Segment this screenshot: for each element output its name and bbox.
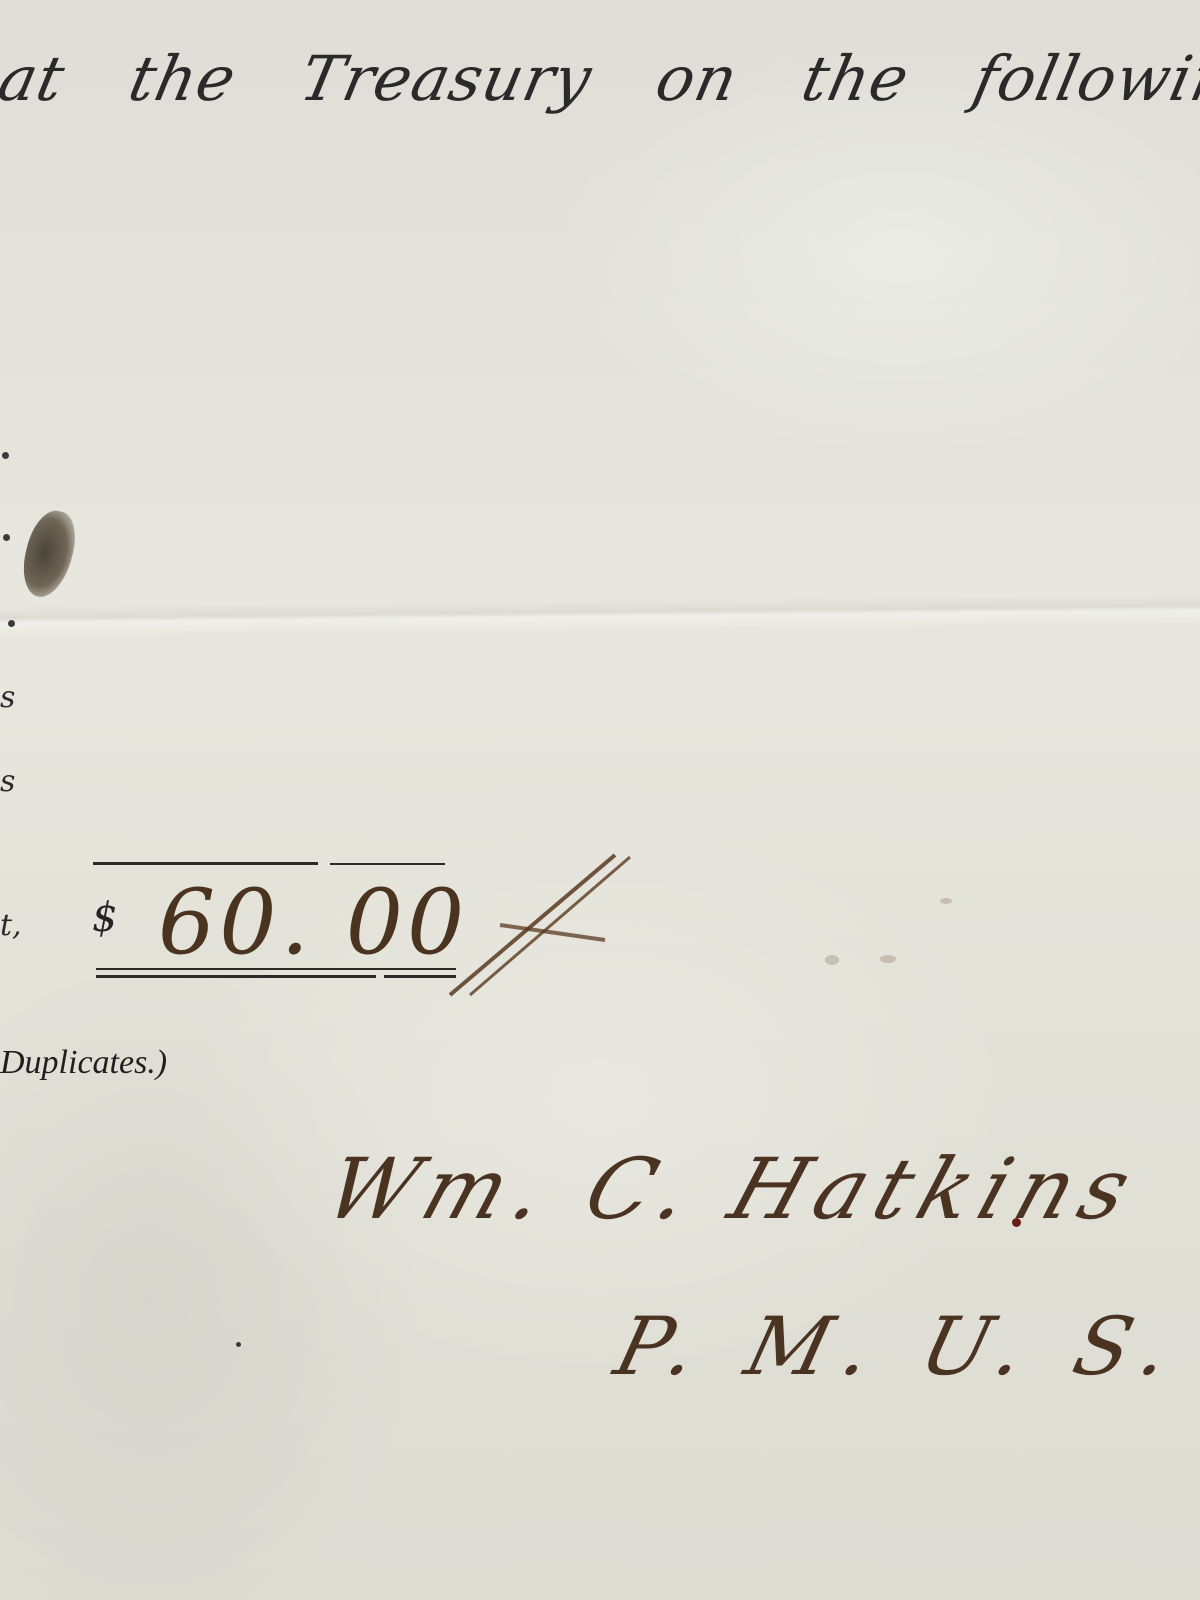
speck (236, 1342, 241, 1347)
ink-stain (940, 898, 952, 904)
signature-title: P. M. U. S. A. (606, 1300, 1200, 1393)
red-ink-dot (1012, 1218, 1021, 1227)
duplicates-note: Duplicates.) (0, 1044, 167, 1082)
amount-bottom-rule (96, 968, 456, 970)
amount-bottom-rule (384, 975, 456, 978)
ink-stain (880, 955, 896, 963)
edge-text-fragment: t, (0, 908, 22, 943)
edge-text-fragment: s (0, 764, 15, 799)
amount-strike-mark (440, 845, 640, 1005)
edge-text-fragment: s (0, 680, 15, 715)
amount-top-rule (93, 862, 318, 865)
leader-dot (2, 452, 9, 459)
amount-value: 60. 00 (158, 870, 468, 975)
leader-dot (3, 534, 10, 541)
printed-heading: at the Treasury on the following (0, 42, 1200, 115)
signature-name: Wm. C. Hatkins (314, 1140, 1152, 1238)
amount-bottom-rule (96, 975, 376, 978)
leader-dot (8, 620, 15, 627)
ink-stain (825, 955, 839, 965)
amount-top-rule (330, 863, 445, 865)
dollar-sign: $ (92, 895, 117, 941)
